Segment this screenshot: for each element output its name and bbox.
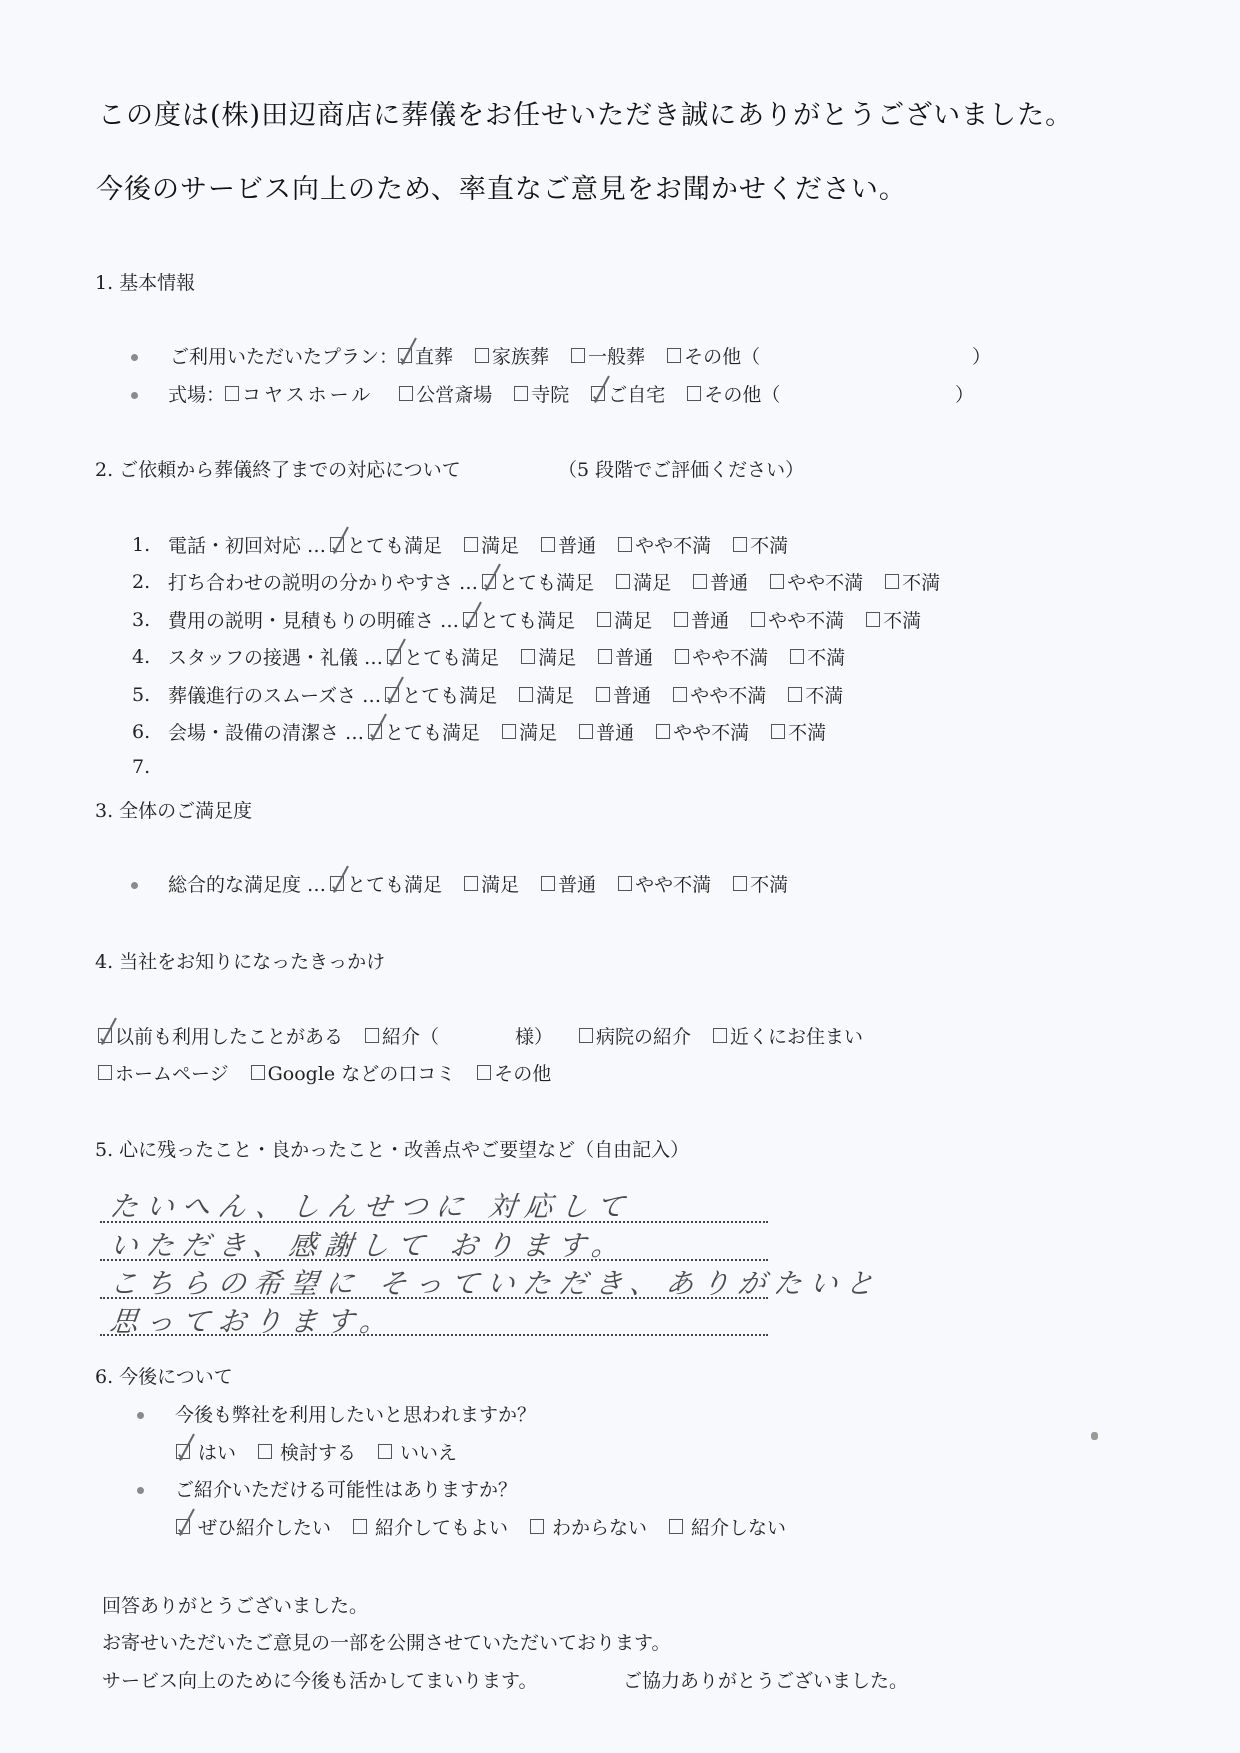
checkbox-icon[interactable] <box>866 612 880 627</box>
rating-neutral[interactable]: 普通 <box>693 568 748 595</box>
checkbox-icon[interactable] <box>353 1519 367 1534</box>
section-2-note: （5 段階でご評価ください） <box>558 455 804 482</box>
rating-label: スタッフの接遇・礼儀 … <box>168 643 383 670</box>
source-row-1: 以前も利用したことがある 紹介（ 様） 病院の紹介 近くにお住まい <box>98 1022 885 1049</box>
rating-dissatisfied[interactable]: 不満 <box>733 870 788 897</box>
checkbox-checked-icon[interactable] <box>398 348 412 363</box>
rating-very-satisfied[interactable]: とても満足 <box>330 870 442 897</box>
rating-somewhat-dissatisfied[interactable]: やや不満 <box>618 870 711 897</box>
checkbox-checked-icon[interactable] <box>98 1028 112 1043</box>
bullet-icon <box>131 392 138 399</box>
rating-somewhat-dissatisfied[interactable]: やや不満 <box>673 681 766 708</box>
checkbox-icon[interactable] <box>618 537 632 552</box>
rating-very-satisfied[interactable]: とても満足 <box>482 568 594 595</box>
rating-neutral[interactable]: 普通 <box>598 643 653 670</box>
referral-question: ご紹介いただける可能性はありますか？ <box>175 1475 517 1502</box>
checkbox-checked-icon[interactable] <box>368 724 382 739</box>
reuse-option-yes[interactable]: はい <box>176 1438 236 1465</box>
checkbox-icon[interactable] <box>673 687 687 702</box>
checkbox-icon[interactable] <box>733 876 747 891</box>
survey-page: この度は(株)田辺商店に葬儀をお任せいただき誠にありがとうございました。 今後の… <box>0 0 1240 1753</box>
rating-somewhat-dissatisfied[interactable]: やや不満 <box>675 643 768 670</box>
rating-very-satisfied[interactable]: とても満足 <box>463 606 575 633</box>
section-5-heading: 5. 心に残ったこと・良かったこと・改善点やご要望など（自由記入） <box>95 1135 689 1162</box>
checkbox-icon[interactable] <box>597 612 611 627</box>
checkbox-checked-icon[interactable] <box>385 687 399 702</box>
referral-option-no[interactable]: 紹介しない <box>669 1513 786 1540</box>
rating-label: 電話・初回対応 … <box>168 531 326 558</box>
referral-option-unsure[interactable]: わからない <box>530 1513 647 1540</box>
checkbox-icon[interactable] <box>598 649 612 664</box>
plan-option-direct[interactable]: 直葬 <box>398 342 453 369</box>
rating-row-3: 3. 費用の説明・見積もりの明確さ … とても満足 満足 普通 やや不満 不満 <box>132 606 943 633</box>
plan-option-general[interactable]: 一般葬 <box>571 342 645 369</box>
bullet-icon <box>131 354 138 361</box>
plan-row: ご利用いただいたプラン： 直葬 家族葬 一般葬 その他（ <box>170 342 760 369</box>
closing-line-2: お寄せいただいたご意見の一部を公開させていただいております。 <box>102 1628 670 1655</box>
rating-row-4: 4. スタッフの接遇・礼儀 … とても満足 満足 普通 やや不満 不満 <box>132 643 867 670</box>
source-option-hospital[interactable]: 病院の紹介 <box>579 1022 691 1049</box>
dotted-writing-line <box>100 1334 768 1336</box>
checkbox-icon[interactable] <box>693 574 707 589</box>
checkbox-icon[interactable] <box>477 1065 491 1080</box>
checkbox-icon[interactable] <box>571 348 585 363</box>
rating-somewhat-dissatisfied[interactable]: やや不満 <box>751 606 844 633</box>
checkbox-icon[interactable] <box>771 724 785 739</box>
checkbox-icon[interactable] <box>616 574 630 589</box>
rating-label: 打ち合わせの説明の分かりやすさ … <box>168 568 478 595</box>
rating-satisfied[interactable]: 満足 <box>464 531 519 558</box>
dotted-writing-line <box>100 1221 768 1223</box>
checkbox-checked-icon[interactable] <box>463 612 477 627</box>
venue-option-other[interactable]: その他（ <box>687 380 780 407</box>
reuse-option-no[interactable]: いいえ <box>378 1438 457 1465</box>
reuse-option-consider[interactable]: 検討する <box>258 1438 356 1465</box>
checkbox-icon[interactable] <box>541 537 555 552</box>
checkbox-icon[interactable] <box>770 574 784 589</box>
plan-option-family[interactable]: 家族葬 <box>475 342 549 369</box>
rating-satisfied[interactable]: 満足 <box>616 568 671 595</box>
section-6-heading: 6. 今後について <box>95 1362 233 1389</box>
plan-label: ご利用いただいたプラン： <box>170 342 398 369</box>
scan-speck <box>1091 1432 1098 1440</box>
closing-line-1: 回答ありがとうございました。 <box>102 1591 368 1618</box>
rating-satisfied[interactable]: 満足 <box>521 643 576 670</box>
checkbox-icon[interactable] <box>733 537 747 552</box>
section-1-heading: 1. 基本情報 <box>95 268 195 295</box>
rating-neutral[interactable]: 普通 <box>579 718 634 745</box>
checkbox-icon[interactable] <box>98 1065 112 1080</box>
rating-very-satisfied[interactable]: とても満足 <box>385 681 497 708</box>
rating-label: 葬儀進行のスムーズさ … <box>168 681 381 708</box>
rating-neutral[interactable]: 普通 <box>674 606 729 633</box>
checkbox-icon[interactable] <box>258 1444 272 1459</box>
referral-options: ぜひ紹介したい 紹介してもよい わからない 紹介しない <box>176 1513 808 1540</box>
checkbox-icon[interactable] <box>464 876 478 891</box>
plan-other-close-paren: ） <box>972 342 991 369</box>
rating-very-satisfied[interactable]: とても満足 <box>368 718 480 745</box>
checkbox-icon[interactable] <box>885 574 899 589</box>
closing-line-3a: サービス向上のために今後も活かしてまいります。 <box>102 1666 537 1693</box>
checkbox-icon[interactable] <box>674 612 688 627</box>
checkbox-icon[interactable] <box>225 386 239 401</box>
bullet-icon <box>137 1487 144 1494</box>
source-option-referral[interactable]: 紹介（ 様） <box>365 1022 553 1049</box>
rating-somewhat-dissatisfied[interactable]: やや不満 <box>618 531 711 558</box>
rating-dissatisfied[interactable]: 不満 <box>790 643 845 670</box>
venue-option-public-hall[interactable]: 公営斎場 <box>399 380 492 407</box>
referral-option-maybe[interactable]: 紹介してもよい <box>353 1513 508 1540</box>
closing-line-3b: ご協力ありがとうございました。 <box>623 1666 908 1693</box>
checkbox-icon[interactable] <box>365 1028 379 1043</box>
checkbox-icon[interactable] <box>579 1028 593 1043</box>
checkbox-icon[interactable] <box>579 724 593 739</box>
checkbox-icon[interactable] <box>790 649 804 664</box>
rating-row-5: 5. 葬儀進行のスムーズさ … とても満足 満足 普通 やや不満 不満 <box>132 681 865 708</box>
bullet-icon <box>137 1412 144 1419</box>
section-2-heading: 2. ご依頼から葬儀終了までの対応について <box>95 455 461 482</box>
dotted-writing-line <box>100 1259 768 1261</box>
bullet-icon <box>131 882 138 889</box>
intro-line-2: 今後のサービス向上のため、率直なご意見をお聞かせください。 <box>96 167 907 206</box>
checkbox-icon[interactable] <box>399 386 413 401</box>
plan-option-other[interactable]: その他（ <box>667 342 760 369</box>
rating-dissatisfied[interactable]: 不満 <box>771 718 826 745</box>
rating-neutral[interactable]: 普通 <box>541 870 596 897</box>
source-option-homepage[interactable]: ホームページ <box>98 1059 229 1086</box>
rating-satisfied[interactable]: 満足 <box>502 718 557 745</box>
rating-very-satisfied[interactable]: とても満足 <box>387 643 499 670</box>
checkbox-checked-icon[interactable] <box>330 537 344 552</box>
overall-satisfaction-label: 総合的な満足度 … <box>168 870 326 897</box>
checkbox-icon[interactable] <box>788 687 802 702</box>
rating-row-6: 6. 会場・設備の清潔さ … とても満足 満足 普通 やや不満 不満 <box>132 718 848 745</box>
venue-other-close-paren: ） <box>955 380 974 407</box>
dotted-writing-line <box>100 1297 768 1299</box>
venue-label: 式場： <box>168 380 225 407</box>
source-option-nearby[interactable]: 近くにお住まい <box>713 1022 863 1049</box>
checkbox-checked-icon[interactable] <box>176 1444 190 1459</box>
overall-satisfaction-row: 総合的な満足度 … とても満足 満足 普通 やや不満 不満 <box>168 870 810 897</box>
source-option-reviews[interactable]: Google などの口コミ <box>251 1059 456 1086</box>
checkbox-icon[interactable] <box>667 348 681 363</box>
section-3-heading: 3. 全体のご満足度 <box>95 796 252 823</box>
source-option-other[interactable]: その他 <box>477 1059 551 1086</box>
checkbox-icon[interactable] <box>713 1028 727 1043</box>
rating-dissatisfied[interactable]: 不満 <box>866 606 921 633</box>
rating-label: 会場・設備の清潔さ … <box>168 718 364 745</box>
handwritten-comment-line-3: こちらの希望に そっていただき、ありがたいと <box>108 1262 884 1302</box>
checkbox-icon[interactable] <box>502 724 516 739</box>
rating-dissatisfied[interactable]: 不満 <box>885 568 940 595</box>
rating-row-1: 1. 電話・初回対応 … とても満足 満足 普通 やや不満 不満 <box>132 531 810 558</box>
source-row-2: ホームページ Google などの口コミ その他 <box>98 1059 573 1086</box>
checkbox-icon[interactable] <box>687 386 701 401</box>
checkbox-checked-icon[interactable] <box>330 876 344 891</box>
checkbox-icon[interactable] <box>521 649 535 664</box>
checkbox-checked-icon[interactable] <box>176 1519 190 1534</box>
rating-label: 費用の説明・見積もりの明確さ … <box>168 606 459 633</box>
rating-neutral[interactable]: 普通 <box>541 531 596 558</box>
checkbox-icon[interactable] <box>519 687 533 702</box>
checkbox-checked-icon[interactable] <box>591 386 605 401</box>
checkbox-icon[interactable] <box>378 1444 392 1459</box>
checkbox-icon[interactable] <box>514 386 528 401</box>
rating-dissatisfied[interactable]: 不満 <box>733 531 788 558</box>
intro-line-1: この度は(株)田辺商店に葬儀をお任せいただき誠にありがとうございました。 <box>98 93 1073 132</box>
reuse-question: 今後も弊社を利用したいと思われますか？ <box>175 1400 536 1427</box>
checkbox-icon[interactable] <box>541 876 555 891</box>
checkbox-icon[interactable] <box>675 649 689 664</box>
checkbox-icon[interactable] <box>475 348 489 363</box>
rating-satisfied[interactable]: 満足 <box>464 870 519 897</box>
venue-option-temple[interactable]: 寺院 <box>514 380 569 407</box>
checkbox-icon[interactable] <box>251 1065 265 1080</box>
venue-row: 式場： コヤスホール 公営斎場 寺院 ご自宅 その他（ <box>168 380 780 407</box>
rating-dissatisfied[interactable]: 不満 <box>788 681 843 708</box>
source-option-previous-use[interactable]: 以前も利用したことがある <box>98 1022 343 1049</box>
rating-row-2: 2. 打ち合わせの説明の分かりやすさ … とても満足 満足 普通 やや不満 不満 <box>132 568 962 595</box>
checkbox-icon[interactable] <box>618 876 632 891</box>
rating-somewhat-dissatisfied[interactable]: やや不満 <box>656 718 749 745</box>
checkbox-icon[interactable] <box>656 724 670 739</box>
rating-satisfied[interactable]: 満足 <box>519 681 574 708</box>
handwritten-comment-line-1: たいへん、しんせつに 対応して <box>108 1185 635 1225</box>
checkbox-checked-icon[interactable] <box>387 649 401 664</box>
referral-option-definitely[interactable]: ぜひ紹介したい <box>176 1513 331 1540</box>
rating-satisfied[interactable]: 満足 <box>597 606 652 633</box>
checkbox-icon[interactable] <box>530 1519 544 1534</box>
reuse-options: はい 検討する いいえ <box>176 1438 479 1465</box>
venue-option-koyasu-hall[interactable]: コヤスホール <box>225 380 373 407</box>
checkbox-icon[interactable] <box>669 1519 683 1534</box>
checkbox-checked-icon[interactable] <box>482 574 496 589</box>
handwritten-comment-line-2: いただき、感謝して おります。 <box>108 1224 630 1264</box>
rating-somewhat-dissatisfied[interactable]: やや不満 <box>770 568 863 595</box>
checkbox-icon[interactable] <box>464 537 478 552</box>
rating-neutral[interactable]: 普通 <box>596 681 651 708</box>
venue-option-home[interactable]: ご自宅 <box>591 380 665 407</box>
rating-row-7: 7. <box>132 756 168 778</box>
checkbox-icon[interactable] <box>596 687 610 702</box>
rating-very-satisfied[interactable]: とても満足 <box>330 531 442 558</box>
checkbox-icon[interactable] <box>751 612 765 627</box>
section-4-heading: 4. 当社をお知りになったきっかけ <box>95 947 385 974</box>
